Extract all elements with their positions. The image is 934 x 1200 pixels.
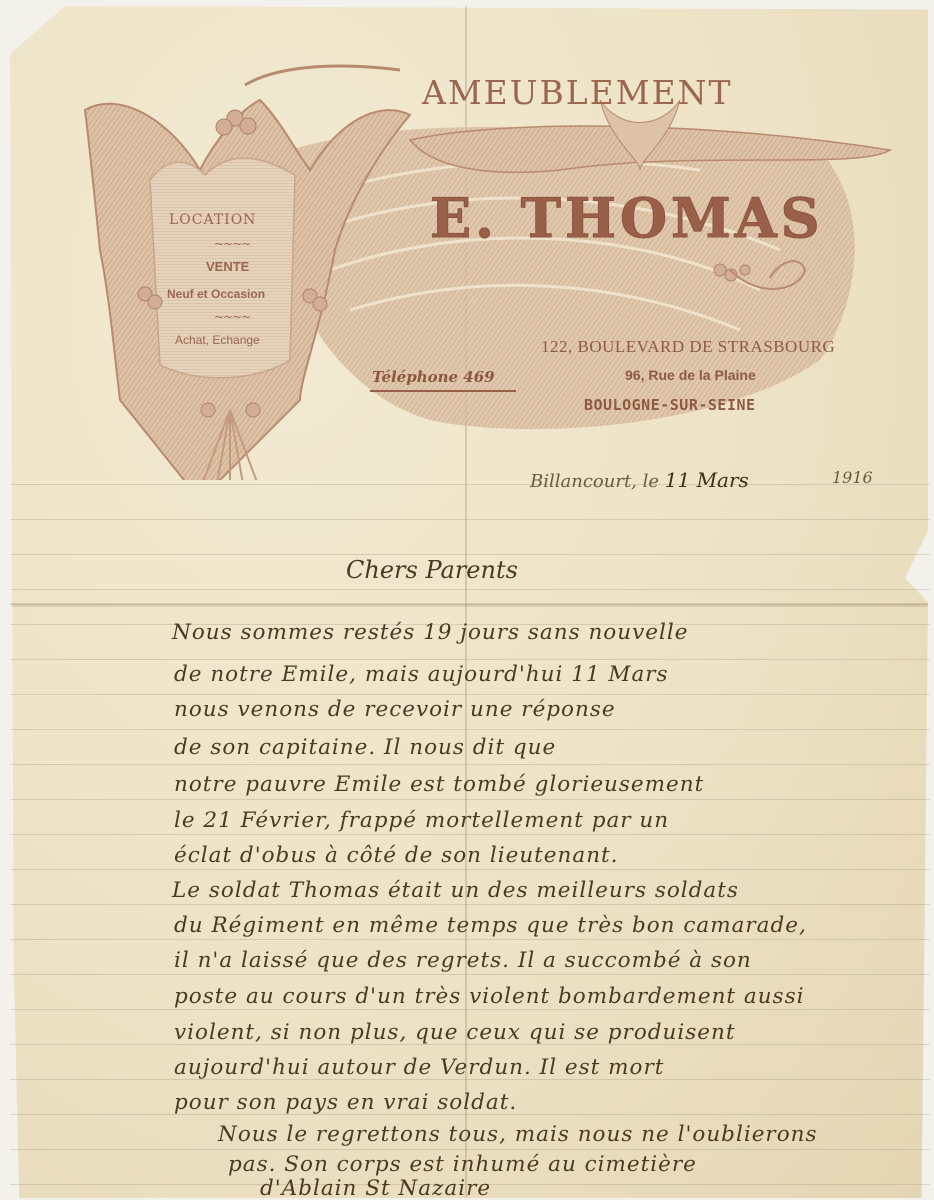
- letter-line: pour son pays en vrai soldat.: [174, 1090, 517, 1115]
- separator-ornament: ~~~~: [214, 237, 250, 251]
- address-line-3: BOULOGNE-SUR-SEINE: [584, 396, 756, 414]
- fold-crease-horizontal: [10, 603, 928, 605]
- letter-line: Nous sommes restés 19 jours sans nouvell…: [172, 620, 688, 645]
- letterhead-trade: AMEUBLEMENT: [422, 73, 733, 112]
- service-vente: VENTE: [206, 259, 249, 274]
- letter-line: de notre Emile, mais aujourd'hui 11 Mars: [174, 662, 669, 687]
- letter-line: poste au cours d'un très violent bombard…: [174, 984, 805, 1009]
- service-neuf-occasion: Neuf et Occasion: [167, 287, 265, 301]
- telephone-number: Téléphone 469: [372, 368, 495, 386]
- letter-line: de son capitaine. Il nous dit que: [174, 735, 556, 760]
- dateline: Billancourt, le 11 Mars 1916: [530, 468, 749, 492]
- service-achat-echange: Achat, Echange: [175, 333, 260, 347]
- letter-line: il n'a laissé que des regrets. Il a succ…: [174, 948, 752, 973]
- dateline-year: 1916: [832, 468, 873, 487]
- letter-line: violent, si non plus, que ceux qui se pr…: [174, 1020, 736, 1045]
- telephone-underline: [370, 390, 516, 392]
- dateline-place: Billancourt, le: [530, 471, 659, 492]
- letter-line: le 21 Février, frappé mortellement par u…: [174, 808, 669, 833]
- letter-line: éclat d'obus à côté de son lieutenant.: [174, 843, 619, 868]
- separator-ornament: ~~~~: [214, 310, 250, 324]
- dateline-date: 11 Mars: [665, 468, 749, 492]
- letter-line: Le soldat Thomas était un des meilleurs …: [172, 878, 739, 903]
- art-nouveau-ornament-icon: [80, 60, 900, 480]
- letter-line: nous venons de recevoir une réponse: [174, 697, 616, 722]
- letter-line: notre pauvre Emile est tombé glorieuseme…: [174, 772, 704, 797]
- letter-line: Nous le regrettons tous, mais nous ne l'…: [218, 1122, 818, 1147]
- address-line-1: 122, BOULEVARD DE STRASBOURG: [541, 337, 835, 357]
- salutation: Chers Parents: [346, 556, 518, 584]
- letter-line: aujourd'hui autour de Verdun. Il est mor…: [174, 1055, 664, 1080]
- letter-line: du Régiment en même temps que très bon c…: [174, 913, 807, 938]
- letter-line: pas. Son corps est inhumé au cimetière: [228, 1152, 697, 1177]
- address-line-2: 96, Rue de la Plaine: [625, 367, 756, 383]
- letter-line: d'Ablain St Nazaire: [260, 1176, 491, 1200]
- service-location: LOCATION: [169, 212, 256, 228]
- letterhead-firm-name: E. THOMAS: [430, 186, 824, 250]
